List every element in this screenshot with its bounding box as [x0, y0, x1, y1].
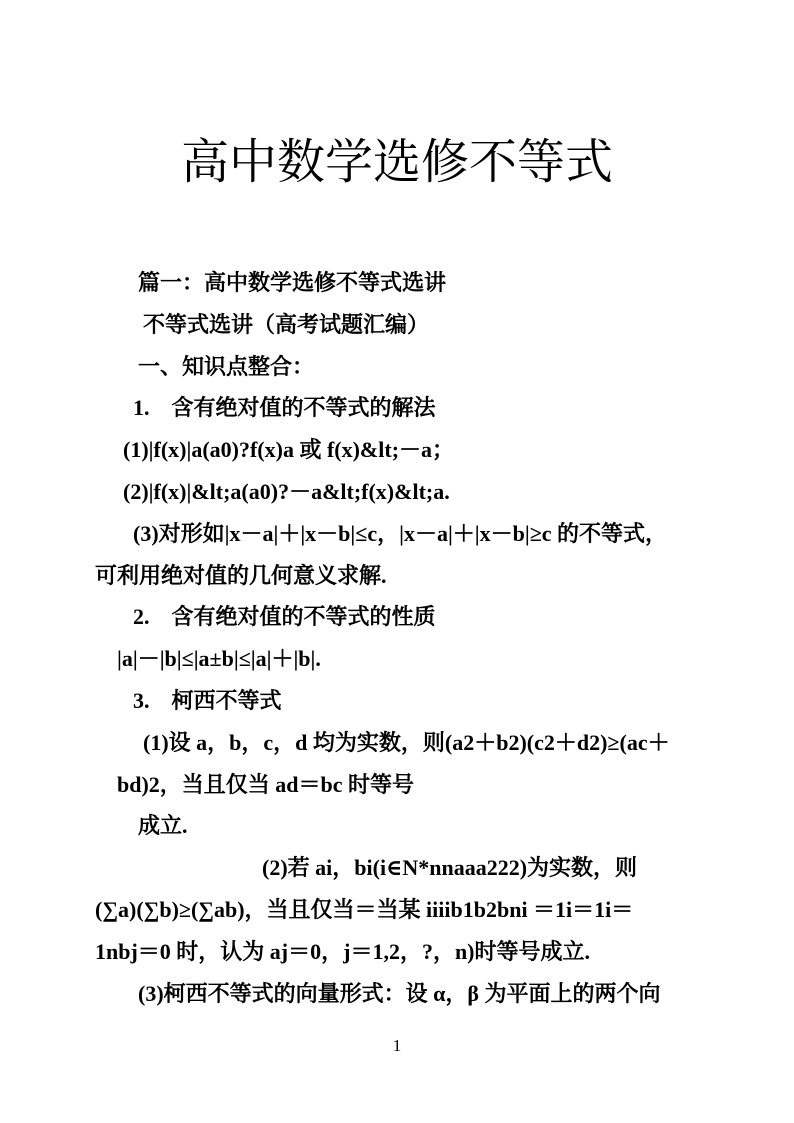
doc-line-13: bd)2，当且仅当 ad＝bc 时等号	[117, 764, 699, 806]
doc-line-1: 篇一：高中数学选修不等式选讲	[138, 262, 699, 304]
doc-line-3: 一、知识点整合：	[138, 346, 699, 388]
doc-line-7: (3)对形如|x－a|＋|x－b|≤c，|x－a|＋|x－b|≥c 的不等式，	[133, 513, 699, 555]
doc-line-11: 3. 柯西不等式	[133, 680, 699, 722]
doc-line-4: 1. 含有绝对值的不等式的解法	[133, 387, 699, 429]
doc-line-16: (∑a)(∑b)≥(∑ab)，当且仅当＝当某 iiiib1b2bni ＝1i＝1…	[95, 889, 699, 931]
doc-line-15: (2)若 ai，bi(i∈N*nnaaa222)为实数，则	[262, 847, 699, 889]
doc-line-10: |a|－|b|≤|a±b|≤|a|＋|b|.	[117, 638, 699, 680]
document-page: 高中数学选修不等式 篇一：高中数学选修不等式选讲 不等式选讲（高考试题汇编） 一…	[0, 0, 794, 1123]
doc-line-6: (2)|f(x)|&lt;a(a0)?－a&lt;f(x)&lt;a.	[123, 471, 699, 513]
doc-line-18: (3)柯西不等式的向量形式：设 α，β 为平面上的两个向	[138, 973, 699, 1015]
document-title: 高中数学选修不等式	[0, 134, 794, 192]
doc-line-14: 成立.	[138, 805, 699, 847]
doc-line-8: 可利用绝对值的几何意义求解.	[95, 555, 699, 597]
page-number: 1	[0, 1036, 794, 1056]
doc-line-9: 2. 含有绝对值的不等式的性质	[133, 596, 699, 638]
doc-line-5: (1)|f(x)|a(a0)?f(x)a 或 f(x)&lt;－a；	[123, 429, 699, 471]
doc-line-12: (1)设 a，b，c，d 均为实数，则(a2＋b2)(c2＋d2)≥(ac＋	[143, 722, 699, 764]
doc-line-2: 不等式选讲（高考试题汇编）	[143, 304, 699, 346]
document-body: 篇一：高中数学选修不等式选讲 不等式选讲（高考试题汇编） 一、知识点整合： 1.…	[95, 262, 699, 1014]
doc-line-17: 1nbj＝0 时，认为 aj＝0，j＝1,2，?，n)时等号成立.	[95, 931, 699, 973]
